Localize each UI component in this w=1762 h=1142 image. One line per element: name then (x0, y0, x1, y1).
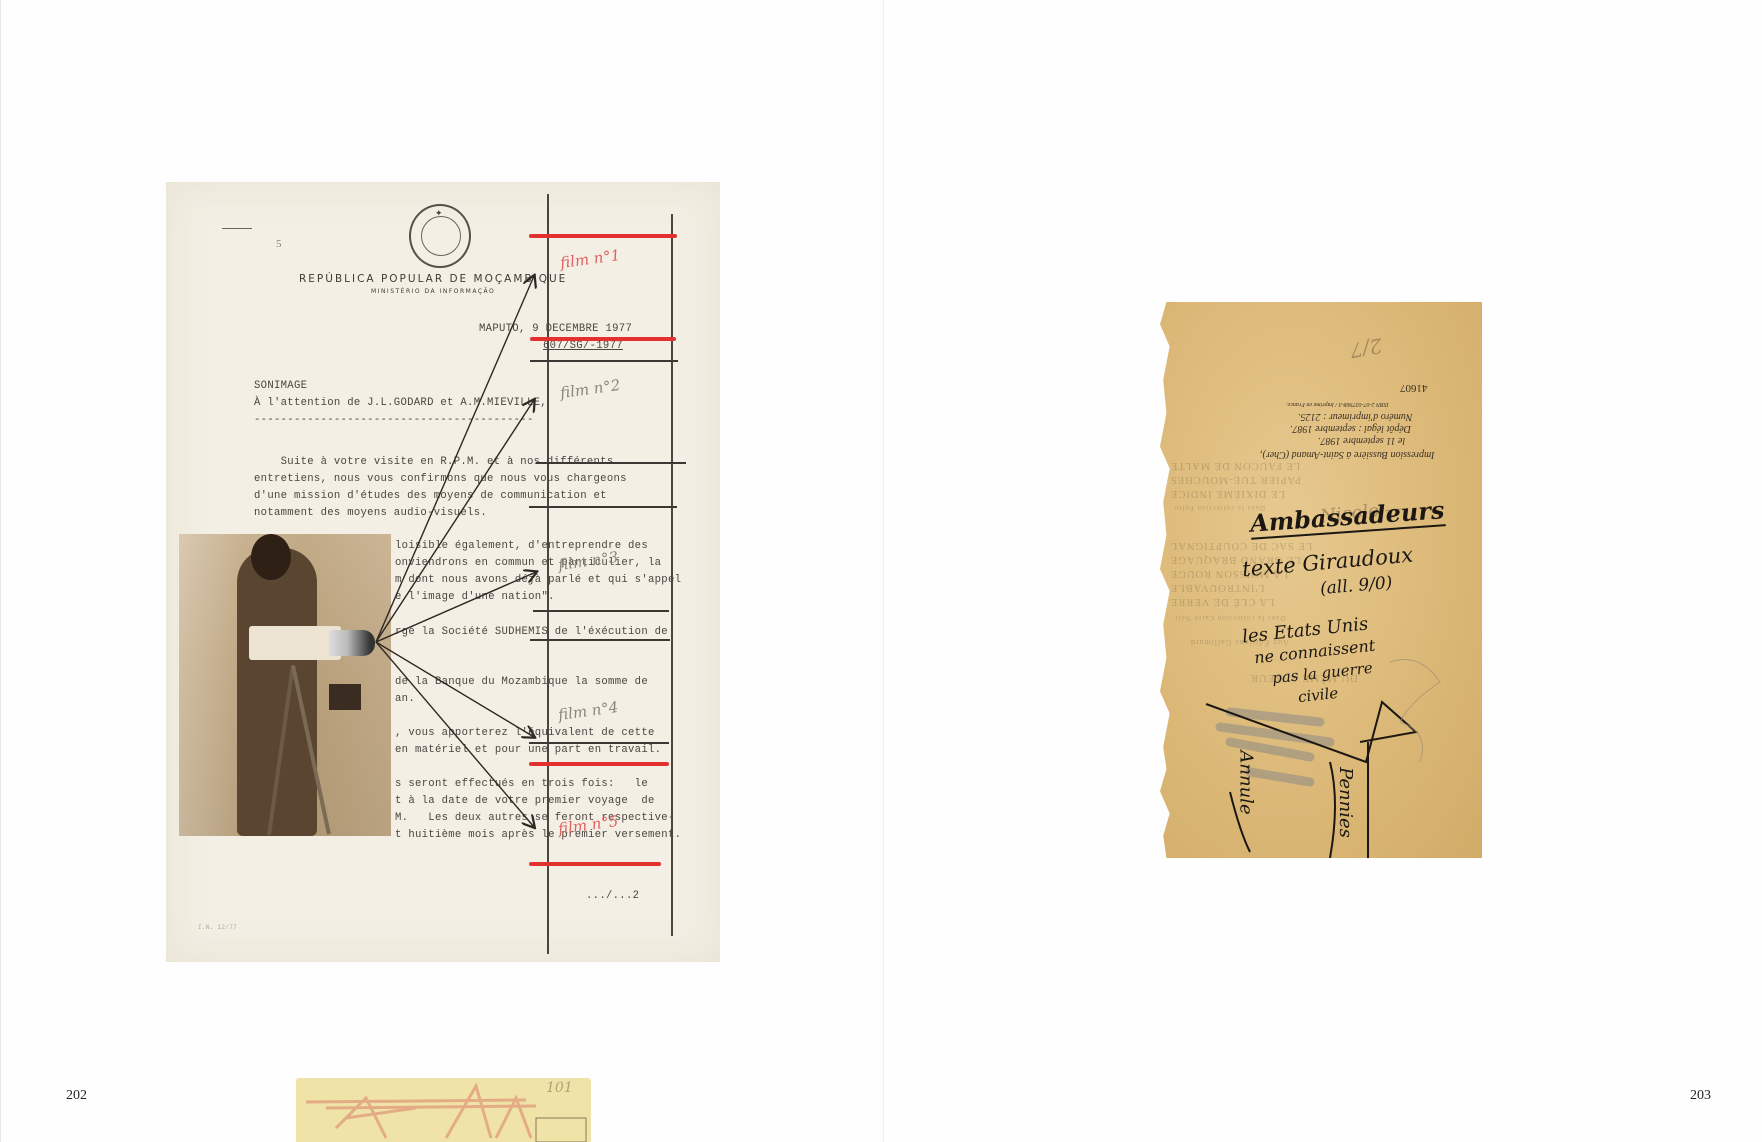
sketch-note: 101 (546, 1080, 573, 1096)
page-number-right: 203 (1690, 1088, 1711, 1104)
scribble-strokes (1160, 302, 1482, 858)
bottom-sketch-scrap: 101 (296, 1078, 591, 1142)
annotation-arrows (166, 182, 720, 962)
handwriting-vertical: Annule (1236, 750, 1257, 814)
handwriting-vertical: Pennies (1335, 767, 1356, 838)
torn-book-page-scrap: LE FAUCON DE MALTE PAPIER TUE-MOUCHES LE… (1160, 302, 1482, 858)
page-number-left: 202 (66, 1088, 87, 1104)
mozambique-letter: 5 REPÚBLICA POPULAR DE MOÇAMBIQUE MINIST… (166, 182, 720, 962)
